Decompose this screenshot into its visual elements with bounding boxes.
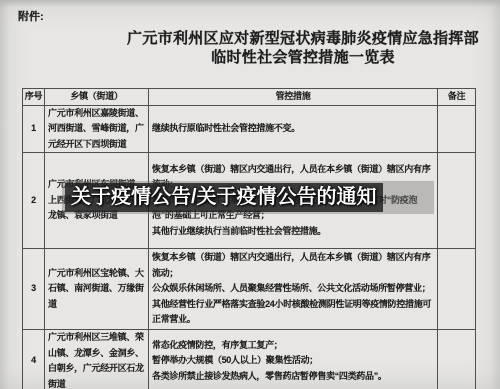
- row-measures: 常态化疫情防控，有序复工复产； 暂停举办大规模（50人以上）聚集性活动； 各类诊…: [149, 330, 438, 389]
- document-title-line1: 广元市利州区应对新型冠状病毒肺炎疫情应急指挥部: [106, 29, 500, 48]
- table-row: 4 广元市利州区三堆镇、荣山镇、龙潭乡、金洞乡、白朝乡，广元经开区石龙街道 常态…: [23, 330, 476, 389]
- watermark-overlay: 关于疫情公告/关于疫情公告的通知: [62, 181, 434, 214]
- row-remark: [438, 105, 476, 153]
- table-row: 1 广元市利州区嘉陵街道、河西街道、雪峰街道，广元经开区下西坝街道 继续执行原临…: [23, 105, 476, 153]
- document-page: 附件: 广元市利州区应对新型冠状病毒肺炎疫情应急指挥部 临时性社会管控措施一览表…: [0, 0, 500, 389]
- control-measures-table: 序号 乡镇（街道） 管控措施 备注 1 广元市利州区嘉陵街道、河西街道、雪峰街道…: [22, 88, 476, 389]
- row-township: 广元市利州区嘉陵街道、河西街道、雪峰街道，广元经开区下西坝街道: [45, 105, 149, 153]
- table-row: 3 广元市利州区宝轮镇、大石镇、南河街道、万缘街道 恢复本乡镇（街道）辖区内交通…: [23, 249, 476, 330]
- table-header-row: 序号 乡镇（街道） 管控措施 备注: [23, 89, 476, 106]
- row-no: 2: [23, 153, 45, 249]
- row-remark: [438, 249, 476, 330]
- attachment-label: 附件:: [18, 8, 44, 24]
- document-title: 广元市利州区应对新型冠状病毒肺炎疫情应急指挥部 临时性社会管控措施一览表: [106, 29, 500, 67]
- row-no: 1: [23, 105, 45, 153]
- row-no: 4: [23, 330, 45, 389]
- row-measures: 继续执行原临时性社会管控措施不变。: [149, 105, 438, 153]
- header-no: 序号: [23, 89, 45, 106]
- row-no: 3: [23, 249, 45, 330]
- row-remark: [438, 330, 476, 389]
- header-measures: 管控措施: [149, 89, 438, 106]
- header-township: 乡镇（街道）: [45, 89, 149, 106]
- header-remark: 备注: [438, 89, 476, 106]
- watermark-text: 关于疫情公告/关于疫情公告的通知: [65, 183, 383, 212]
- row-remark: [438, 153, 476, 249]
- row-township: 广元市利州区宝轮镇、大石镇、南河街道、万缘街道: [45, 249, 149, 330]
- document-title-line2: 临时性社会管控措施一览表: [106, 48, 500, 67]
- row-measures: 恢复本乡镇（街道）辖区内交通出行，人员在本乡镇（街道）辖区内有序流动； 公众娱乐…: [149, 249, 438, 330]
- row-township: 广元市利州区三堆镇、荣山镇、龙潭乡、金洞乡、白朝乡，广元经开区石龙街道: [45, 330, 149, 389]
